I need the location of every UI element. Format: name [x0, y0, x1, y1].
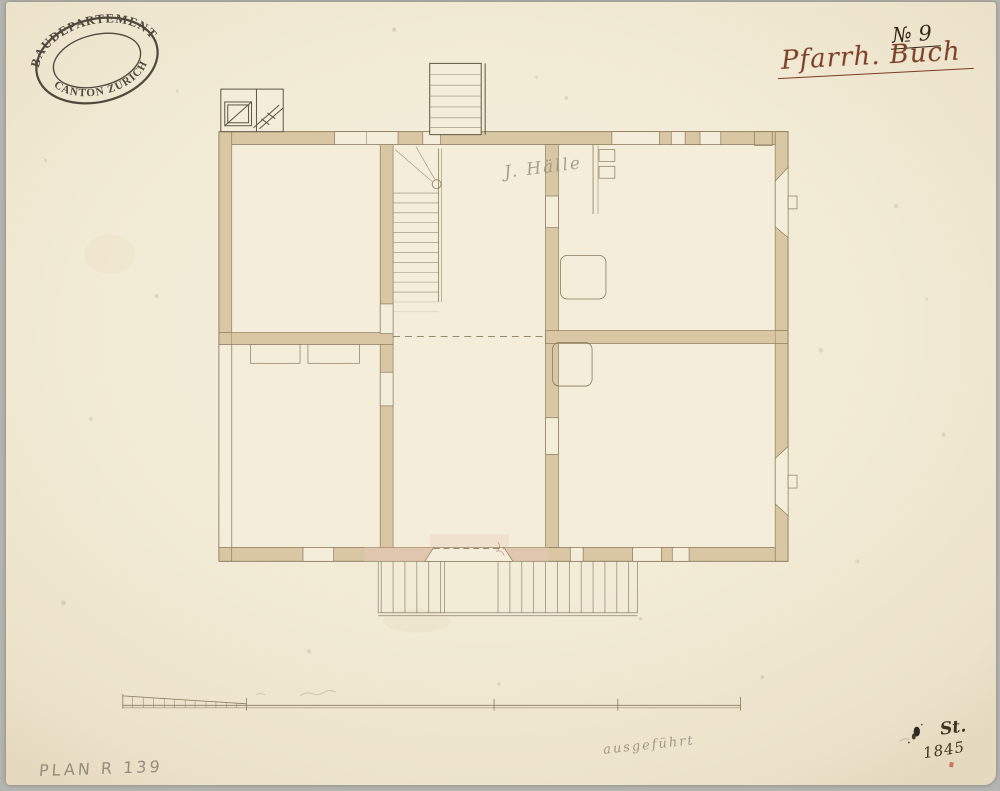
signature-monogram: St.	[939, 716, 968, 739]
chimney-block	[754, 132, 772, 146]
window-bay-lower	[775, 446, 788, 515]
stove-small-lower	[599, 166, 615, 178]
baudepartement-stamp: BAUDEPARTEMENT CANTON ZÜRICH	[26, 12, 168, 109]
bench-left	[251, 345, 301, 364]
top-exterior-stair	[430, 63, 485, 134]
bench-right	[308, 345, 359, 364]
red-mark	[949, 762, 954, 767]
entrance-steps	[378, 561, 637, 615]
thin-left-wall	[219, 345, 232, 548]
floor-plan-drawing	[6, 2, 996, 785]
paper-sheet: BAUDEPARTEMENT CANTON ZÜRICH № 9 Pfarrh.…	[6, 2, 996, 785]
ink-blot	[900, 724, 923, 744]
floor-plan	[219, 63, 797, 561]
stove-small-upper	[599, 149, 615, 161]
scale-bar	[123, 690, 741, 710]
annex-outbuilding	[221, 89, 283, 132]
